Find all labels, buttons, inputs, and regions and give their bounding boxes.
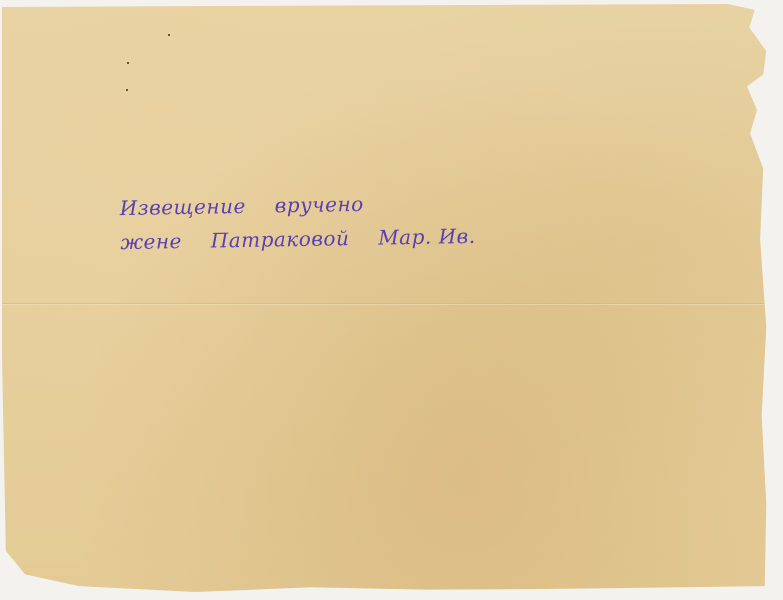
paper-speck [168,34,170,36]
paper-speck [127,62,129,64]
word-delivered: вручено [274,192,363,218]
word-notice: Извещение [120,194,246,220]
word-wife: жене [120,229,182,254]
recipient-surname: Патраковой [211,226,350,252]
paper-sheet: Извещение вручено жене Патраковой Мар. И… [2,4,774,592]
paper-speck [126,89,128,91]
fold-line [2,303,774,305]
handwritten-note: Извещение вручено жене Патраковой Мар. И… [119,185,475,259]
recipient-initials: Мар. Ив. [378,224,476,250]
note-line-2: жене Патраковой Мар. Ив. [120,219,476,259]
